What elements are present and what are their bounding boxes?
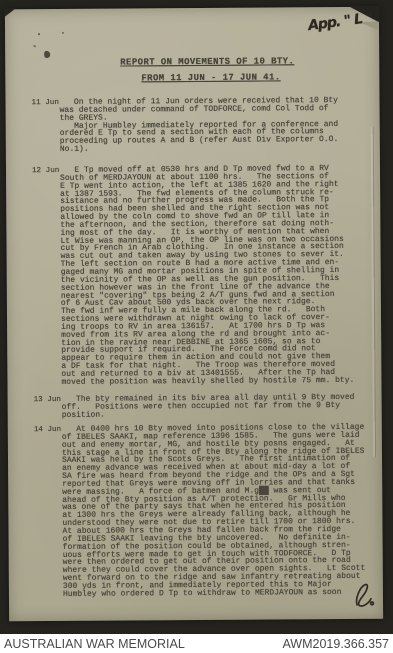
report-header: REPORT ON MOVEMENTS OF 10 BTY. FROM 11 J… — [120, 56, 294, 83]
entry-date: 12 Jun — [32, 167, 59, 175]
entry-date: 11 Jun — [31, 99, 58, 107]
scan-background: App. " L " REPORT ON MOVEMENTS OF 10 BTY… — [0, 0, 393, 653]
signature-mark — [351, 579, 385, 613]
entry-body: At 0400 hrs 10 Bty moved into positions … — [62, 424, 366, 599]
ink-speck — [62, 32, 64, 34]
entry-body: The bty remained in its biv area all day… — [62, 394, 355, 420]
ink-speck — [33, 44, 37, 47]
entry-11-jun: 11 Jun On the night of 11 Jun orders wer… — [5, 97, 379, 100]
entry-date: 14 Jun — [34, 426, 61, 434]
page-corner-cut — [4, 8, 16, 17]
document-page: App. " L " REPORT ON MOVEMENTS OF 10 BTY… — [5, 7, 383, 622]
report-title: REPORT ON MOVEMENTS OF 10 BTY. — [120, 56, 294, 67]
paper-crease — [371, 127, 375, 457]
entry-body: E Tp moved off at 0530 hrs and D Tp move… — [60, 165, 354, 387]
ink-speck — [38, 33, 40, 35]
archive-footer: AUSTRALIAN WAR MEMORIAL AWM2019.366.357 — [0, 634, 393, 653]
archive-item-id: AWM2019.366.357 — [282, 637, 389, 651]
archive-institution: AUSTRALIAN WAR MEMORIAL — [4, 637, 185, 651]
entry-12-jun: 12 Jun E Tp moved off at 0530 hrs and D … — [6, 165, 380, 168]
report-subtitle: FROM 11 JUN - 17 JUN 41. — [141, 72, 294, 83]
ink-blot — [44, 51, 50, 58]
entry-14-jun: 14 Jun At 0400 hrs 10 Bty moved into pos… — [8, 424, 382, 427]
entry-date: 13 Jun — [34, 396, 61, 404]
entry-13-jun: 13 Jun The bty remained in its biv area … — [8, 394, 382, 397]
entry-body: On the night of 11 Jun orders were recei… — [59, 97, 338, 154]
